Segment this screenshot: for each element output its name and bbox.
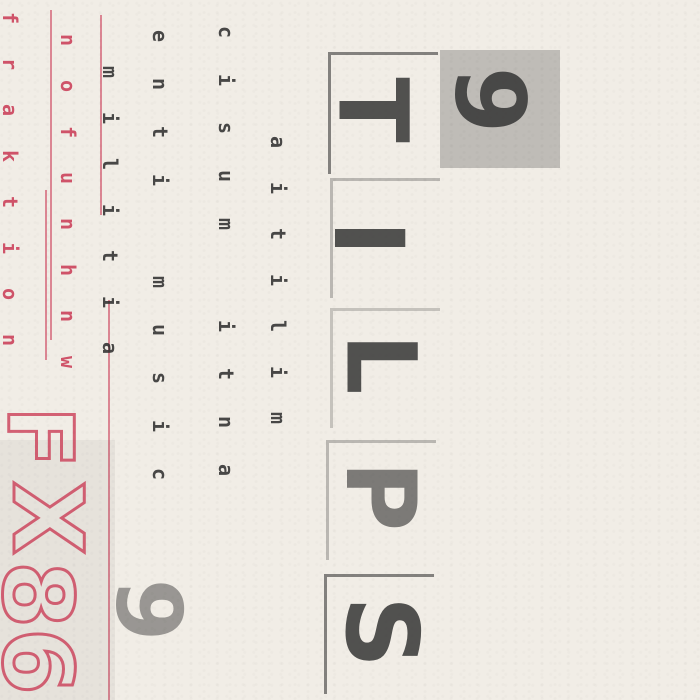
text-column-militia: m i l i t i a [104,62,116,358]
red-number-86: 86 [0,580,104,676]
letter: a [268,136,288,148]
letter: u [58,172,78,184]
letter: m [150,276,170,288]
letter: n [0,334,20,346]
letter: n [58,218,78,230]
letter: t [150,126,170,138]
letter: i [268,366,288,378]
text-column-cisum-itna: c i s u m i t n a [220,22,232,480]
red-rule [45,190,47,360]
letter: l [268,320,288,332]
letter: r [0,58,20,70]
red-rule [50,10,52,340]
title-letter-i: I [350,190,386,286]
letter: t [216,368,236,380]
letter: k [0,150,20,162]
letter: i [0,242,20,254]
letter: n [58,34,78,46]
letter: t [0,196,20,208]
title-letter-l: L [350,316,411,412]
letter: l [100,158,120,170]
letter: i [216,320,236,332]
letter: s [216,122,236,134]
letter: i [150,420,170,432]
letter: i [268,274,288,286]
grey-number-9: 9 [116,565,179,655]
letter: n [58,310,78,322]
title-number-9: 9 [456,52,523,148]
letter: e [150,30,170,42]
red-letter-f: F [8,392,69,482]
letter: m [100,66,120,78]
text-column-aitilim: a i t i l i m [272,132,284,428]
text-column-nofun: n o f u n h n w [62,30,74,372]
letter: o [0,288,20,300]
letter: u [216,170,236,182]
letter: i [100,296,120,308]
letter: u [150,324,170,336]
title-letter-s: S [345,582,417,682]
letter: o [58,80,78,92]
letter: i [150,174,170,186]
letter: i [100,204,120,216]
title-letter-t: T [340,62,405,158]
letter: i [216,74,236,86]
letter: a [100,342,120,354]
red-letter-x: X [10,470,84,566]
letter: h [58,264,78,276]
letter: n [216,416,236,428]
letter: w [58,356,78,368]
letter: n [150,78,170,90]
letter: t [268,228,288,240]
letter: t [100,250,120,262]
title-letter-p: P [345,448,415,544]
letter: a [216,464,236,476]
letter: m [268,412,288,424]
text-column-fraktion: f r a k t i o n [4,8,16,350]
letter: s [150,372,170,384]
letter: a [0,104,20,116]
text-column-enti-music: e n t i m u s i c [154,26,166,484]
letter: c [216,26,236,38]
letter: i [268,182,288,194]
letter: m [216,218,236,230]
letter: f [0,12,20,24]
letter: f [58,126,78,138]
letter: c [150,468,170,480]
letter: i [100,112,120,124]
